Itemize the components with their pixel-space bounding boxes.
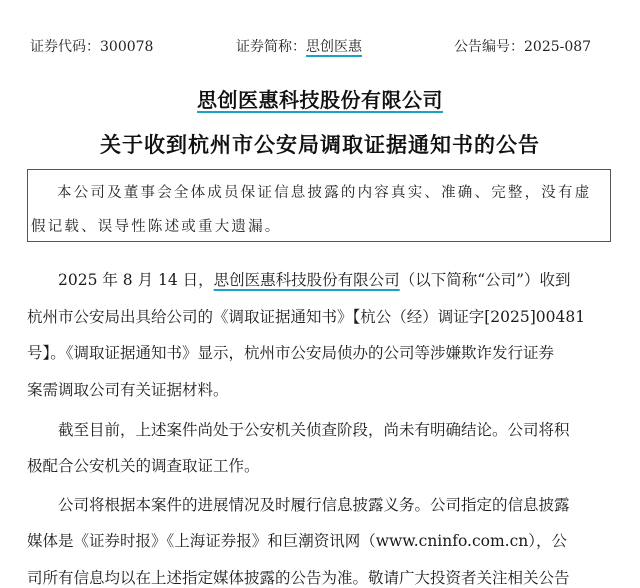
paragraph-1-line-2: 杭州市公安局出具给公司的《调取证据通知书》【杭公（经）调证字[2025]0048… xyxy=(27,305,585,327)
disclaimer-line-1: 本公司及董事会全体成员保证信息披露的内容真实、准确、完整，没有虚 xyxy=(57,181,591,202)
abbr-text: （以下简称“公司”）收到 xyxy=(400,271,571,289)
announcement-page: 证券代码：300078 证券简称：思创医惠 公告编号：2025-087 思创医惠… xyxy=(0,0,640,588)
stock-code-label: 证券代码： xyxy=(30,39,100,55)
header-row: 证券代码：300078 证券简称：思创医惠 公告编号：2025-087 xyxy=(30,36,610,58)
company-title-link[interactable]: 思创医惠科技股份有限公司 xyxy=(197,88,443,112)
date-text: 2025 年 8 月 14 日， xyxy=(58,271,214,289)
disclaimer-box: 本公司及董事会全体成员保证信息披露的内容真实、准确、完整，没有虚 假记载、误导性… xyxy=(27,169,611,242)
paragraph-1-line-4: 案需调取公司有关证据材料。 xyxy=(27,378,229,400)
company-name-link[interactable]: 思创医惠科技股份有限公司 xyxy=(214,271,400,289)
paragraph-2-line-2: 极配合公安机关的调查取证工作。 xyxy=(27,454,260,476)
notice-number-label: 公告编号： xyxy=(454,39,524,55)
paragraph-1-line-3: 号】。《调取证据通知书》显示，杭州市公安局侦办的公司等涉嫌欺诈发行证券 xyxy=(27,341,554,363)
stock-abbr-label: 证券简称： xyxy=(236,39,306,55)
disclaimer-line-2: 假记载、误导性陈述或重大遗漏。 xyxy=(31,215,282,236)
paragraph-2-line-1: 截至目前，上述案件尚处于公安机关侦查阶段，尚未有明确结论。公司将积 xyxy=(58,418,570,440)
stock-code: 证券代码：300078 xyxy=(30,36,153,56)
company-title: 思创医惠科技股份有限公司 xyxy=(0,84,640,113)
paragraph-1-line-1: 2025 年 8 月 14 日，思创医惠科技股份有限公司（以下简称“公司”）收到 xyxy=(58,268,571,290)
paragraph-3-line-3: 司所有信息均以在上述指定媒体披露的公告为准。敬请广大投资者关注相关公告 xyxy=(27,566,570,588)
paragraph-3-line-2: 媒体是《证券时报》《上海证券报》和巨潮资讯网（www.cninfo.com.cn… xyxy=(27,529,567,551)
notice-number: 公告编号：2025-087 xyxy=(454,36,591,56)
stock-abbr-link[interactable]: 思创医惠 xyxy=(306,39,362,55)
stock-abbr: 证券简称：思创医惠 xyxy=(236,36,362,56)
stock-code-value: 300078 xyxy=(100,39,153,55)
notice-number-value: 2025-087 xyxy=(524,39,591,55)
paragraph-3-line-1: 公司将根据本案件的进展情况及时履行信息披露义务。公司指定的信息披露 xyxy=(58,493,570,515)
document-title: 关于收到杭州市公安局调取证据通知书的公告 xyxy=(0,129,640,159)
